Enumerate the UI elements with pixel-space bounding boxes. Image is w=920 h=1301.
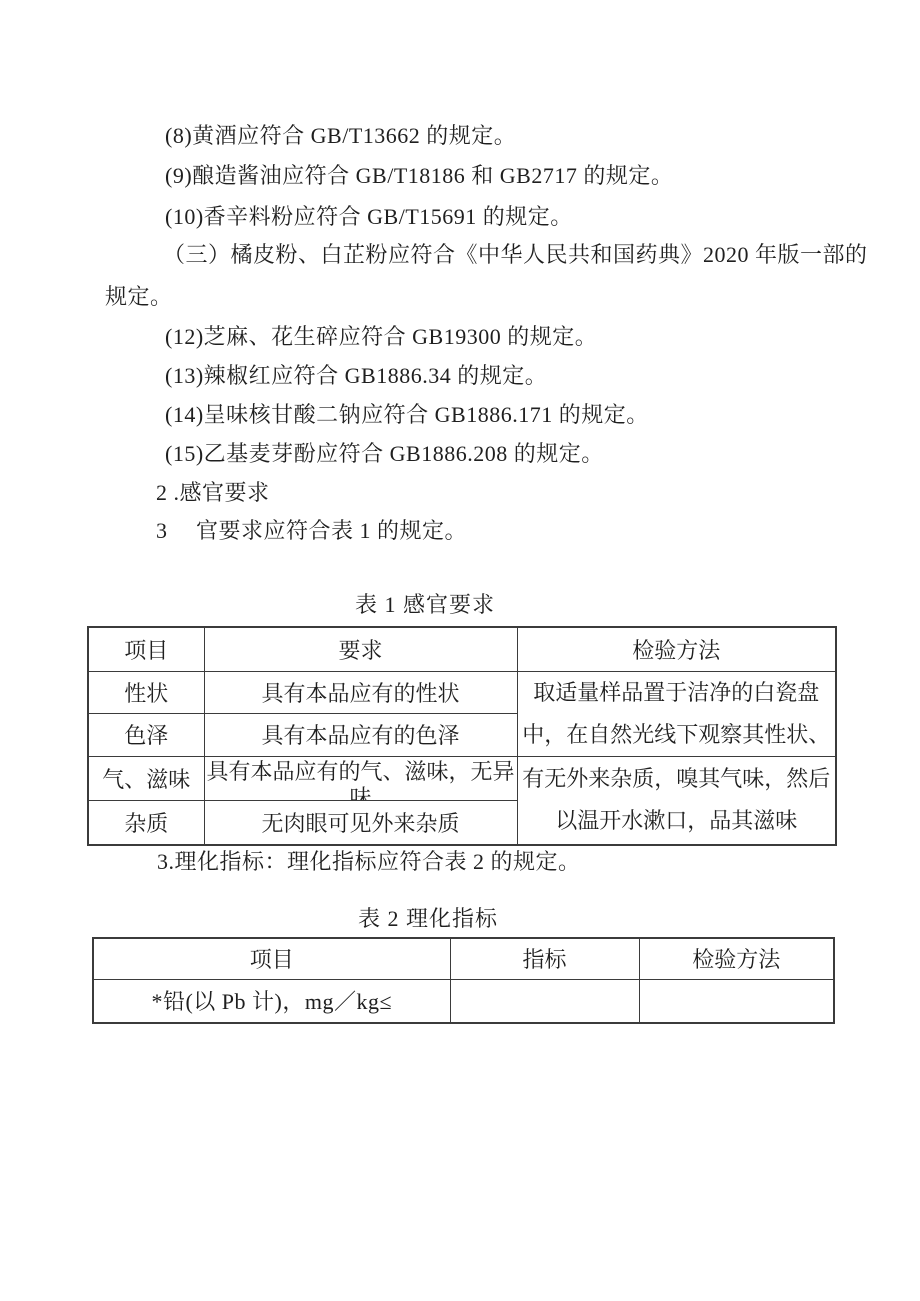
table2-header-row: 项目 指标 检验方法 [93, 938, 834, 979]
doc-line-3-sensory-note: 3 官要求应符合表 1 的规定。 [156, 518, 467, 544]
table1-header-item: 项目 [88, 627, 204, 671]
table1-req-impurity: 无肉眼可见外来杂质 [204, 800, 517, 845]
doc-line-2-sensory: 2 .感官要求 [156, 480, 270, 506]
method-line: 以温开水漱口，品其滋味 [518, 800, 836, 842]
table1-method-cell-1: 取适量样品置于洁净的白瓷盘 中，在自然光线下观察其性状、 [517, 671, 836, 756]
table-row: 气、滋味 具有本品应有的气、滋味，无异味 有无外来杂质，嗅其气味，然后 以温开水… [88, 756, 836, 800]
doc-line-8: (8)黄酒应符合 GB/T13662 的规定。 [165, 123, 516, 149]
table2-header-item: 项目 [93, 938, 450, 979]
doc-line-san: （三）橘皮粉、白芷粉应符合《中华人民共和国药典》2020 年版一部的 [163, 242, 868, 268]
table1-title: 表 1 感官要求 [355, 592, 495, 618]
table1-item-color: 色泽 [88, 713, 204, 756]
table2-title: 表 2 理化指标 [358, 906, 498, 932]
table1-req-appearance: 具有本品应有的性状 [204, 671, 517, 713]
table1-req-odor-taste: 具有本品应有的气、滋味，无异味 [204, 756, 517, 800]
doc-line-guiding: 规定。 [105, 284, 173, 310]
table1-req-color: 具有本品应有的色泽 [204, 713, 517, 756]
sensory-requirements-table: 项目 要求 检验方法 性状 具有本品应有的性状 取适量样品置于洁净的白瓷盘 中，… [87, 626, 837, 846]
table1-item-appearance: 性状 [88, 671, 204, 713]
table2-item-lead: *铅(以 Pb 计)，mg／kg≤ [93, 979, 450, 1023]
doc-line-10: (10)香辛料粉应符合 GB/T15691 的规定。 [165, 204, 573, 230]
doc-line-13: (13)辣椒红应符合 GB1886.34 的规定。 [165, 363, 547, 389]
table1-method-cell-2: 有无外来杂质，嗅其气味，然后 以温开水漱口，品其滋味 [517, 756, 836, 845]
table1-header-requirement: 要求 [204, 627, 517, 671]
table1-header-method: 检验方法 [517, 627, 836, 671]
table-row: *铅(以 Pb 计)，mg／kg≤ [93, 979, 834, 1023]
method-line: 取适量样品置于洁净的白瓷盘 [518, 672, 836, 714]
table1-item-impurity: 杂质 [88, 800, 204, 845]
method-line: 有无外来杂质，嗅其气味，然后 [518, 758, 836, 800]
physicochemical-table: 项目 指标 检验方法 *铅(以 Pb 计)，mg／kg≤ [92, 937, 835, 1024]
table2-indicator-lead [450, 979, 639, 1023]
table1-header-row: 项目 要求 检验方法 [88, 627, 836, 671]
doc-line-9: (9)酿造酱油应符合 GB/T18186 和 GB2717 的规定。 [165, 163, 673, 189]
method-line: 中，在自然光线下观察其性状、 [518, 714, 836, 756]
document-page: (8)黄酒应符合 GB/T13662 的规定。 (9)酿造酱油应符合 GB/T1… [0, 0, 920, 1301]
table2-header-method: 检验方法 [639, 938, 834, 979]
doc-line-14: (14)呈味核甘酸二钠应符合 GB1886.171 的规定。 [165, 402, 649, 428]
doc-line-12: (12)芝麻、花生碎应符合 GB19300 的规定。 [165, 324, 597, 350]
table2-method-lead [639, 979, 834, 1023]
doc-line-15: (15)乙基麦芽酚应符合 GB1886.208 的规定。 [165, 441, 604, 467]
table2-header-indicator: 指标 [450, 938, 639, 979]
table-row: 性状 具有本品应有的性状 取适量样品置于洁净的白瓷盘 中，在自然光线下观察其性状… [88, 671, 836, 713]
table1-item-odor-taste: 气、滋味 [88, 756, 204, 800]
doc-line-physchem-note: 3.理化指标：理化指标应符合表 2 的规定。 [157, 849, 581, 875]
